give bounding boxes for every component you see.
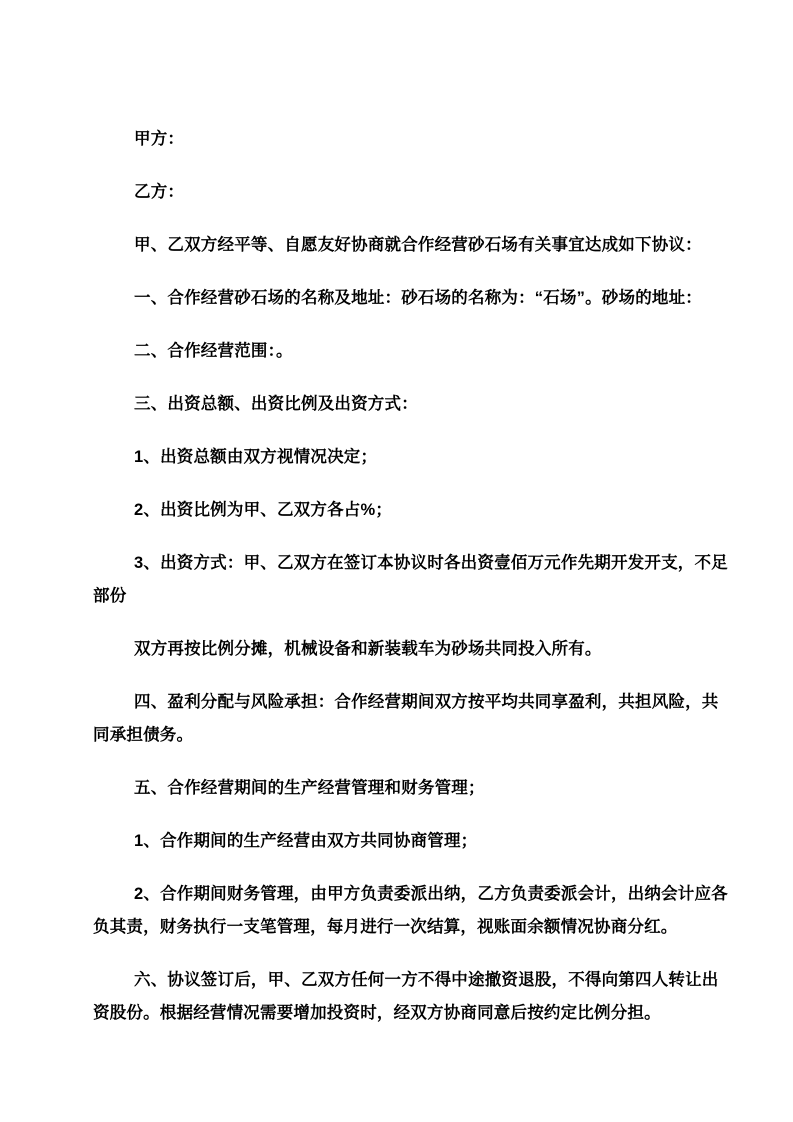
paragraph-clause-3-item-2: 2、出资比例为甲、乙双方各占%； xyxy=(93,494,747,527)
paragraph-clause-5-item-2: 2、合作期间财务管理，由甲方负责委派出纳，乙方负责委派会计，出纳会计应各 负其责… xyxy=(93,878,747,944)
paragraph-clause-5-item-1: 1、合作期间的生产经营由双方共同协商管理； xyxy=(93,825,747,858)
paragraph-line: 部份 xyxy=(93,587,126,605)
paragraph-line: 2、合作期间财务管理，由甲方负责委派出纳，乙方负责委派会计，出纳会计应各 xyxy=(134,885,728,903)
paragraph-line: 甲方： xyxy=(134,130,184,148)
paragraph-line: 乙方： xyxy=(134,183,184,201)
paragraph-line: 同承担债务。 xyxy=(93,726,193,744)
paragraph-line: 2、出资比例为甲、乙双方各占%； xyxy=(134,501,392,519)
paragraph-line: 一、合作经营砂石场的名称及地址：砂石场的名称为：“石场”。砂场的地址： xyxy=(134,289,702,307)
paragraph-line: 二、合作经营范围：。 xyxy=(134,342,293,360)
paragraph-line: 双方再按比例分摊，机械设备和新装载车为砂场共同投入所有。 xyxy=(134,640,602,658)
paragraph-line: 1、出资总额由双方视情况决定； xyxy=(134,448,377,466)
paragraph-clause-1-name-address: 一、合作经营砂石场的名称及地址：砂石场的名称为：“石场”。砂场的地址： xyxy=(93,282,747,315)
paragraph-clause-3-item-1: 1、出资总额由双方视情况决定； xyxy=(93,441,747,474)
paragraph-clause-6-withdrawal: 六、协议签订后，甲、乙双方任何一方不得中途撤资退股，不得向第四人转让出 资股份。… xyxy=(93,964,747,1030)
paragraph-line: 负其责，财务执行一支笔管理，每月进行一次结算，视账面余额情况协商分红。 xyxy=(93,918,678,936)
paragraph-clause-3-capital: 三、出资总额、出资比例及出资方式： xyxy=(93,388,747,421)
paragraph-clause-5-management: 五、合作经营期间的生产经营管理和财务管理； xyxy=(93,772,747,805)
paragraph-line: 四、盈利分配与风险承担：合作经营期间双方按平均共同享盈利，共担风险，共 xyxy=(134,693,719,711)
paragraph-line: 1、合作期间的生产经营由双方共同协商管理； xyxy=(134,832,477,850)
paragraph-preamble: 甲、乙双方经平等、自愿友好协商就合作经营砂石场有关事宜达成如下协议： xyxy=(93,229,747,262)
paragraph-clause-2-business-scope: 二、合作经营范围：。 xyxy=(93,335,747,368)
paragraph-clause-4-profit-risk: 四、盈利分配与风险承担：合作经营期间双方按平均共同享盈利，共担风险，共 同承担债… xyxy=(93,686,747,752)
paragraph-party-b: 乙方： xyxy=(93,176,747,209)
document-page: 甲方： 乙方： 甲、乙双方经平等、自愿友好协商就合作经营砂石场有关事宜达成如下协… xyxy=(0,0,793,1122)
paragraph-clause-3-item-3-continued: 双方再按比例分摊，机械设备和新装载车为砂场共同投入所有。 xyxy=(93,633,747,666)
paragraph-party-a: 甲方： xyxy=(93,123,747,156)
paragraph-line: 3、出资方式：甲、乙双方在签订本协议时各出资壹佰万元作先期开发开支，不足 xyxy=(134,554,728,572)
paragraph-line: 三、出资总额、出资比例及出资方式： xyxy=(134,395,418,413)
paragraph-line: 甲、乙双方经平等、自愿友好协商就合作经营砂石场有关事宜达成如下协议： xyxy=(134,236,702,254)
paragraph-line: 资股份。根据经营情况需要增加投资时，经双方协商同意后按约定比例分担。 xyxy=(93,1004,661,1022)
paragraph-clause-3-item-3: 3、出资方式：甲、乙双方在签订本协议时各出资壹佰万元作先期开发开支，不足 部份 xyxy=(93,547,747,613)
paragraph-line: 六、协议签订后，甲、乙双方任何一方不得中途撤资退股，不得向第四人转让出 xyxy=(134,971,719,989)
paragraph-line: 五、合作经营期间的生产经营管理和财务管理； xyxy=(134,779,485,797)
